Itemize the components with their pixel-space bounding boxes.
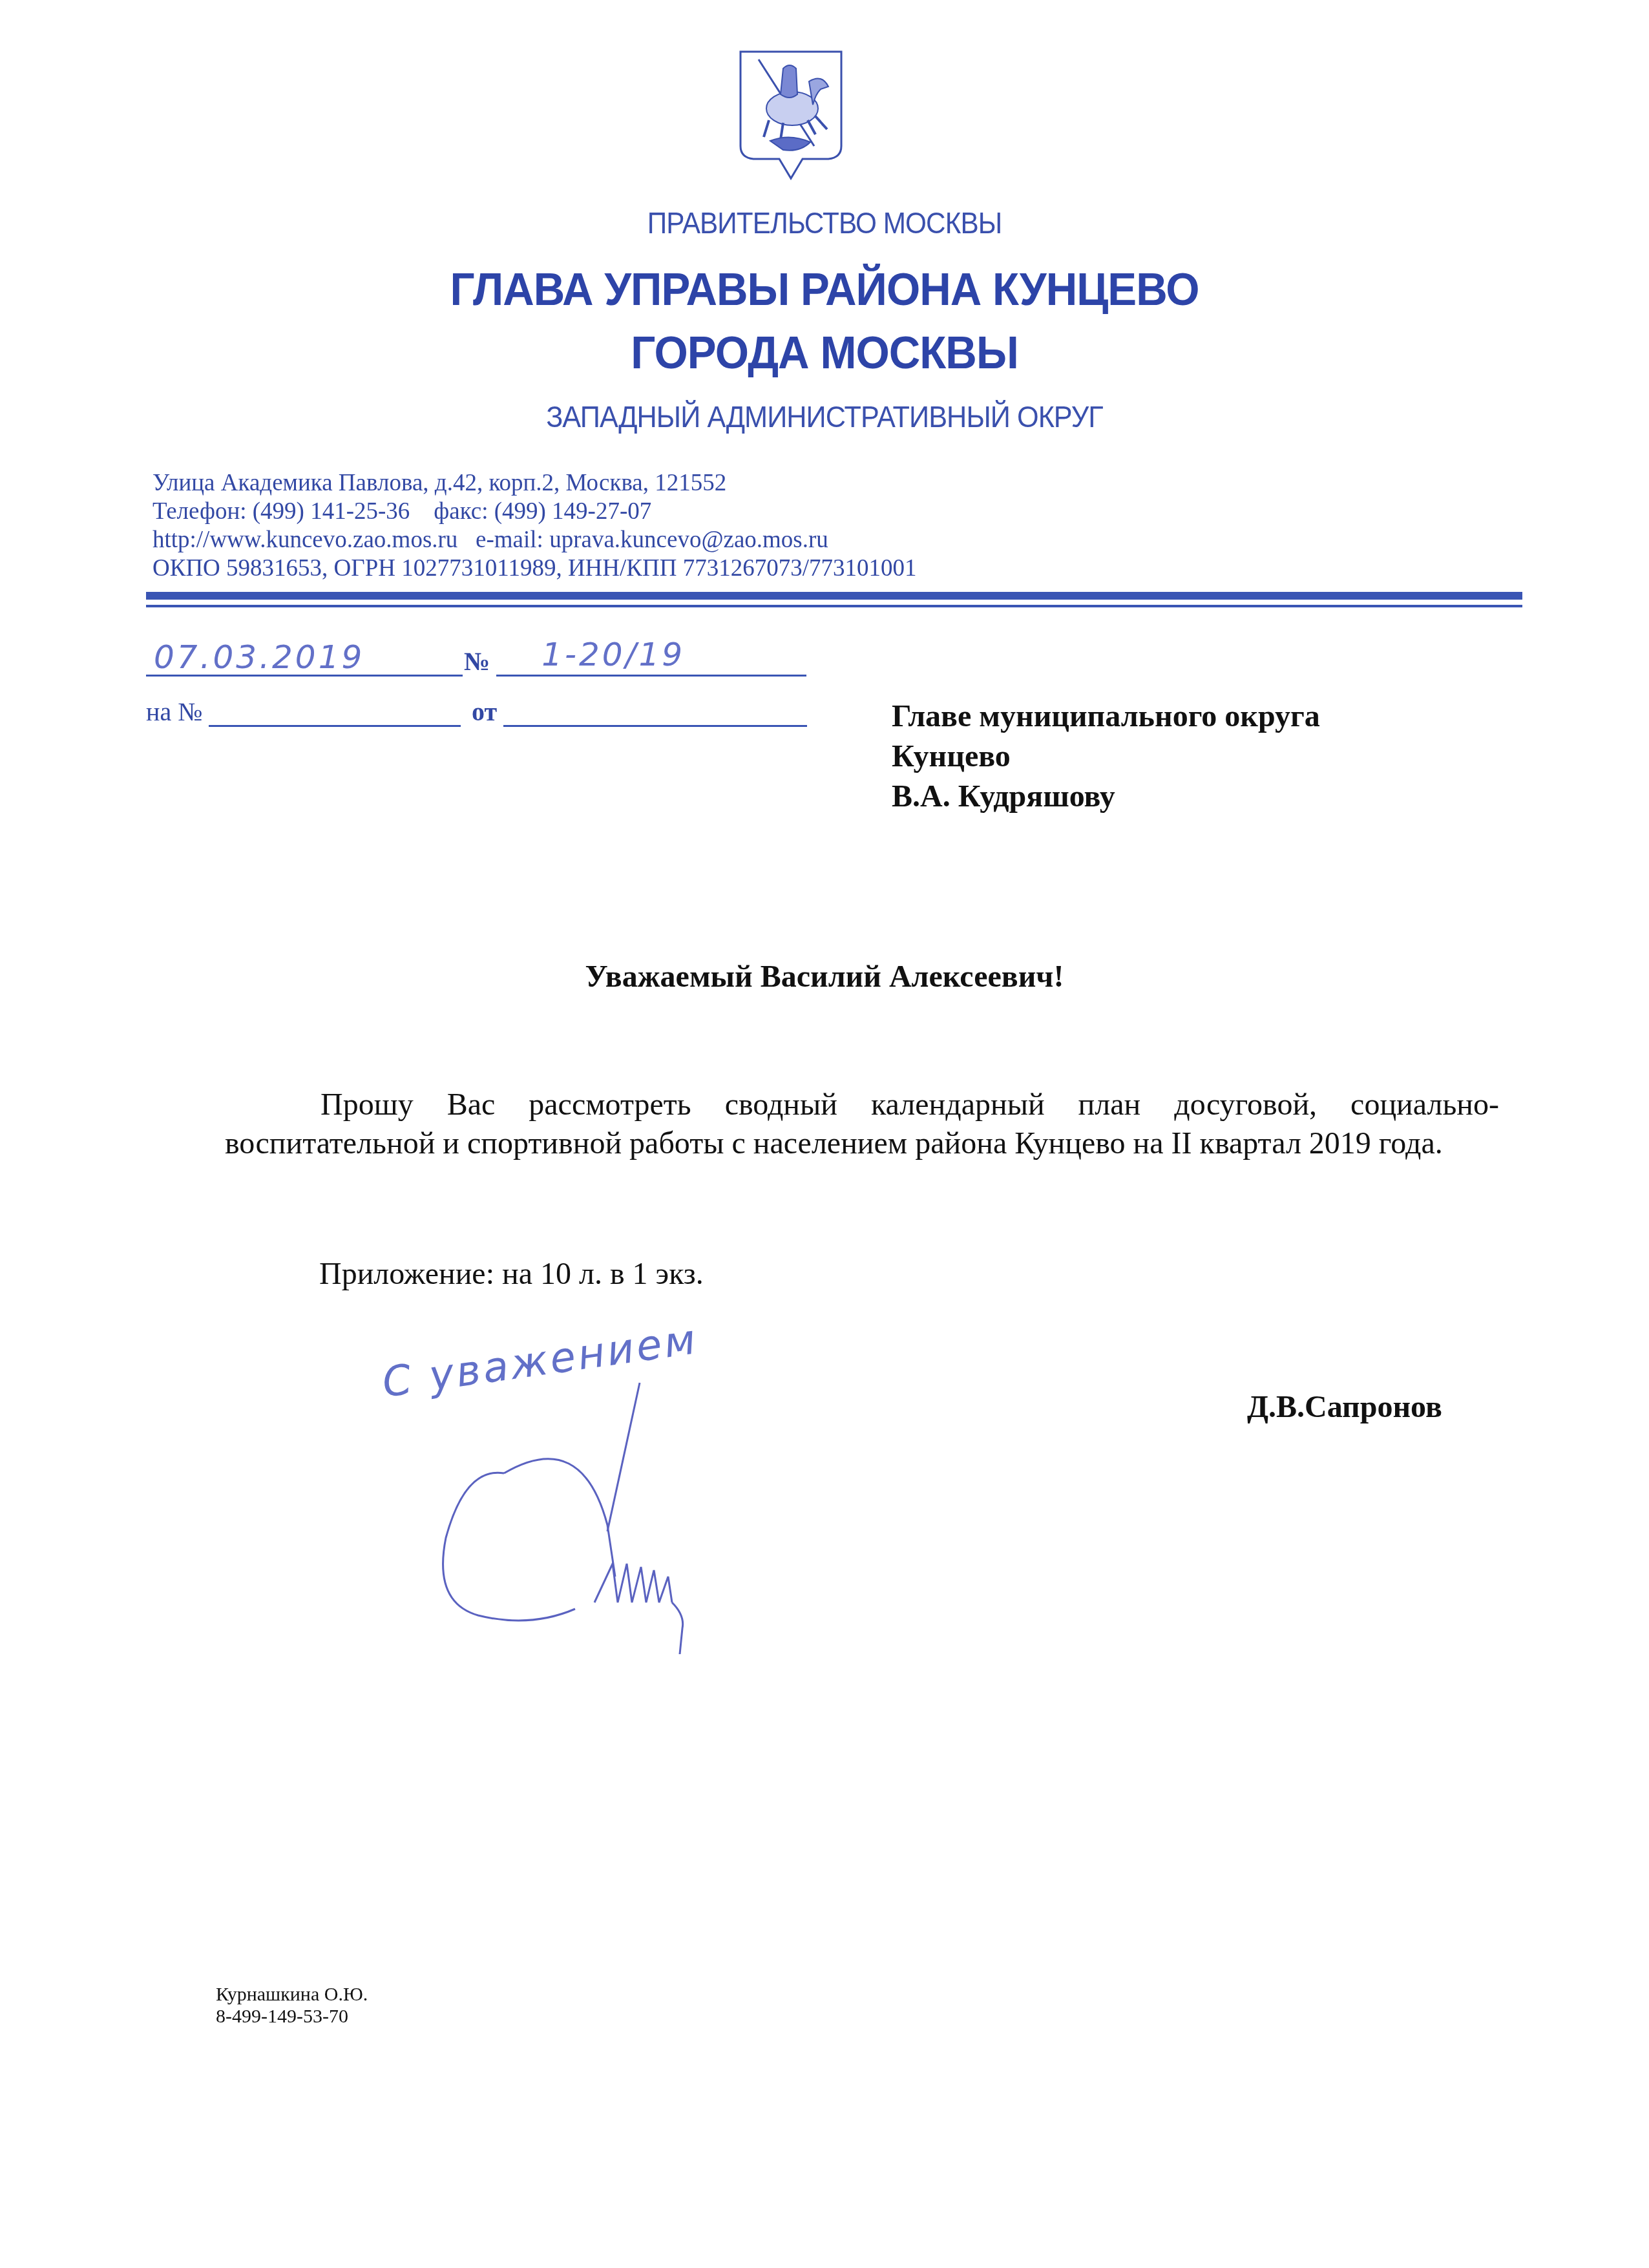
- reply-from-date-field: от: [472, 697, 807, 727]
- government-heading: ПРАВИТЕЛЬСТВО МОСКВЫ: [66, 205, 1583, 240]
- letter-body: Прошу Вас рассмотреть сводный календарны…: [225, 1086, 1499, 1163]
- reply-to-value: [209, 699, 461, 727]
- executor-phone: 8-499-149-53-70: [216, 2006, 368, 2028]
- executor-block: Курнашкина О.Ю. 8-499-149-53-70: [216, 1984, 368, 2028]
- reply-to-number-field: на №: [146, 697, 461, 727]
- moscow-coat-of-arms-icon: [738, 49, 844, 182]
- greeting: Уважаемый Василий Алексеевич!: [0, 959, 1649, 994]
- addressee-position: Главе муниципального округа: [892, 697, 1320, 737]
- addressee-district: Кунцево: [892, 737, 1320, 777]
- contact-block: Улица Академика Павлова, д.42, корп.2, М…: [152, 469, 916, 583]
- signer-name: Д.В.Сапронов: [1247, 1389, 1442, 1425]
- organization-title-line1: ГЛАВА УПРАВЫ РАЙОНА КУНЦЕВО: [33, 264, 1616, 315]
- from-label: от: [472, 697, 497, 726]
- header-divider-thick: [146, 592, 1522, 600]
- addressee-block: Главе муниципального округа Кунцево В.А.…: [892, 697, 1320, 817]
- website-email[interactable]: http://www.kuncevo.zao.mos.ru e-mail: up…: [152, 526, 916, 554]
- date-handwritten: 07.03.2019: [154, 638, 364, 676]
- address: Улица Академика Павлова, д.42, корп.2, М…: [152, 469, 916, 498]
- from-value: [503, 699, 807, 727]
- attachment-note: Приложение: на 10 л. в 1 экз.: [319, 1256, 704, 1292]
- executor-name: Курнашкина О.Ю.: [216, 1984, 368, 2006]
- reply-to-label: на №: [146, 697, 202, 726]
- district-heading: ЗАПАДНЫЙ АДМИНИСТРАТИВНЫЙ ОКРУГ: [50, 399, 1600, 434]
- outgoing-number-field: № 1-20/19: [464, 646, 806, 677]
- header-divider-thin: [146, 605, 1522, 607]
- signature: [362, 1318, 1008, 1654]
- number-handwritten: 1-20/19: [541, 636, 685, 673]
- phone-fax: Телефон: (499) 141-25-36 факс: (499) 149…: [152, 498, 916, 526]
- outgoing-date-field: 07.03.2019: [146, 646, 463, 677]
- organization-title-line2: ГОРОДА МОСКВЫ: [33, 327, 1616, 379]
- addressee-name: В.А. Кудряшову: [892, 777, 1320, 817]
- number-label: №: [464, 647, 490, 676]
- registration-codes: ОКПО 59831653, ОГРН 1027731011989, ИНН/К…: [152, 554, 916, 583]
